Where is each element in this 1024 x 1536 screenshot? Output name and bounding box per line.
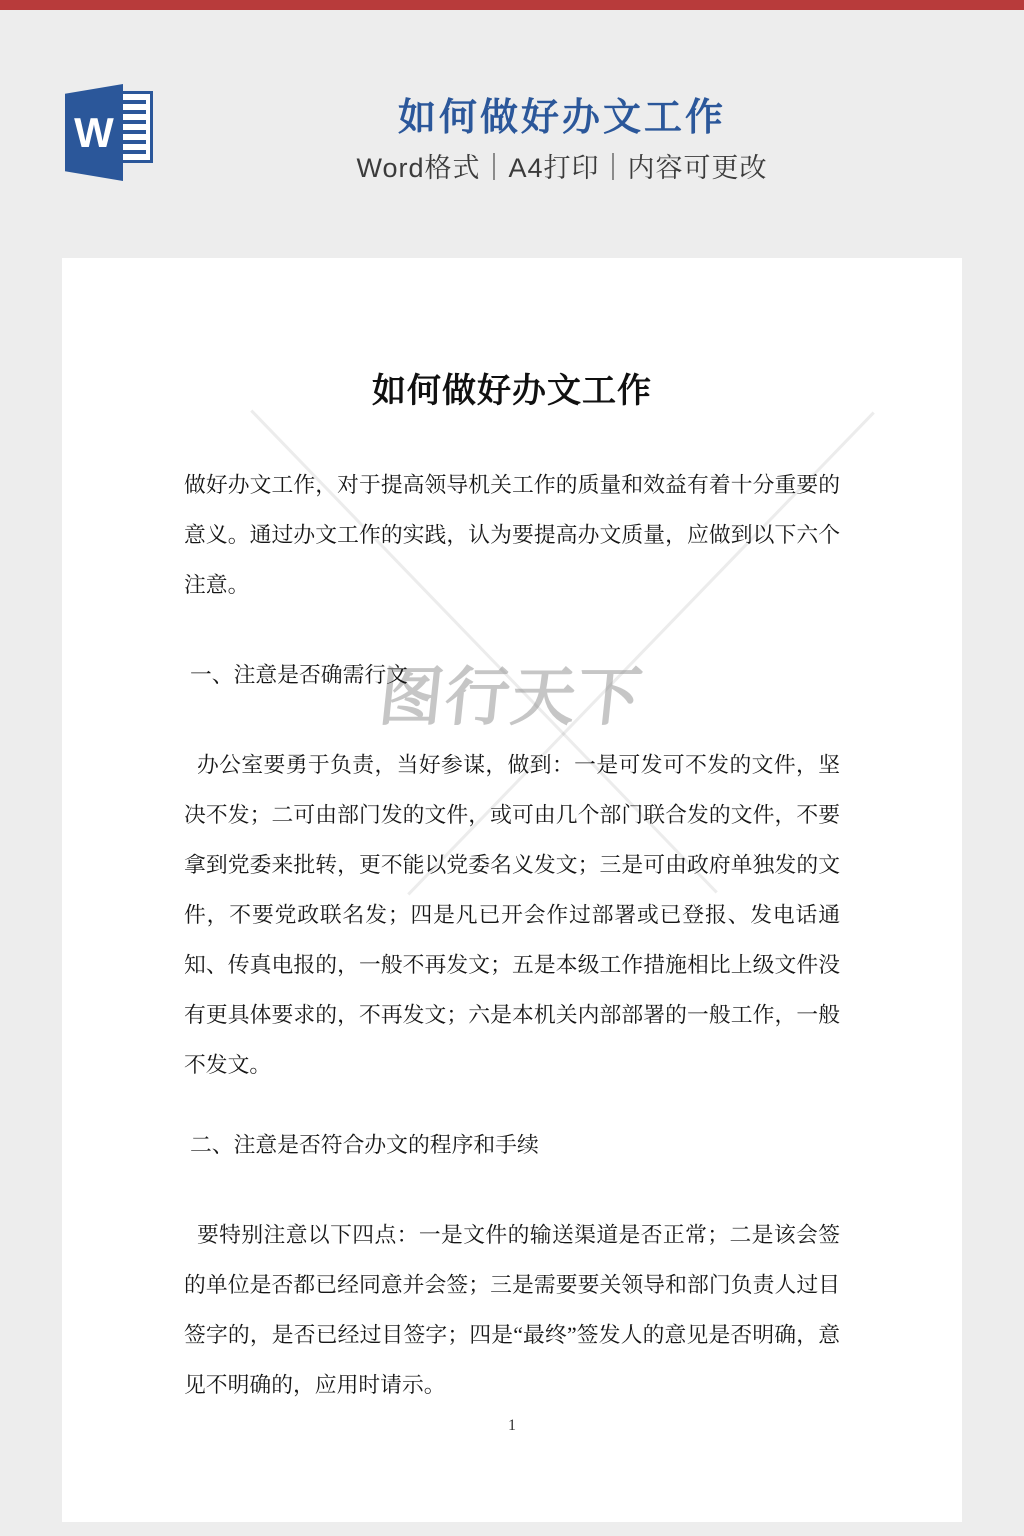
template-subtitle: Word格式｜A4打印｜内容可更改 <box>100 152 1024 184</box>
header-titles: 如何做好办文工作 Word格式｜A4打印｜内容可更改 <box>0 96 1024 184</box>
top-accent-bar <box>0 0 1024 10</box>
template-header: W 如何做好办文工作 Word格式｜A4打印｜内容可更改 <box>0 10 1024 258</box>
paragraph: 办公室要勇于负责，当好参谋，做到：一是可发可不发的文件，坚决不发；二可由部门发的… <box>184 740 840 1090</box>
document-body: 如何做好办文工作 做好办文工作，对于提高领导机关工作的质量和效益有着十分重要的意… <box>62 258 962 1410</box>
document-page: 图行天下 如何做好办文工作 做好办文工作，对于提高领导机关工作的质量和效益有着十… <box>62 258 962 1522</box>
document-title: 如何做好办文工作 <box>184 370 840 414</box>
paragraph: 要特别注意以下四点：一是文件的输送渠道是否正常；二是该会签的单位是否都已经同意并… <box>184 1210 840 1410</box>
section-heading: 二、注意是否符合办文的程序和手续 <box>184 1120 840 1170</box>
section-heading: 一、注意是否确需行文 <box>184 650 840 700</box>
template-title: 如何做好办文工作 <box>100 96 1024 140</box>
paragraph: 做好办文工作，对于提高领导机关工作的质量和效益有着十分重要的意义。通过办文工作的… <box>184 460 840 610</box>
page-number: 1 <box>62 1416 962 1436</box>
